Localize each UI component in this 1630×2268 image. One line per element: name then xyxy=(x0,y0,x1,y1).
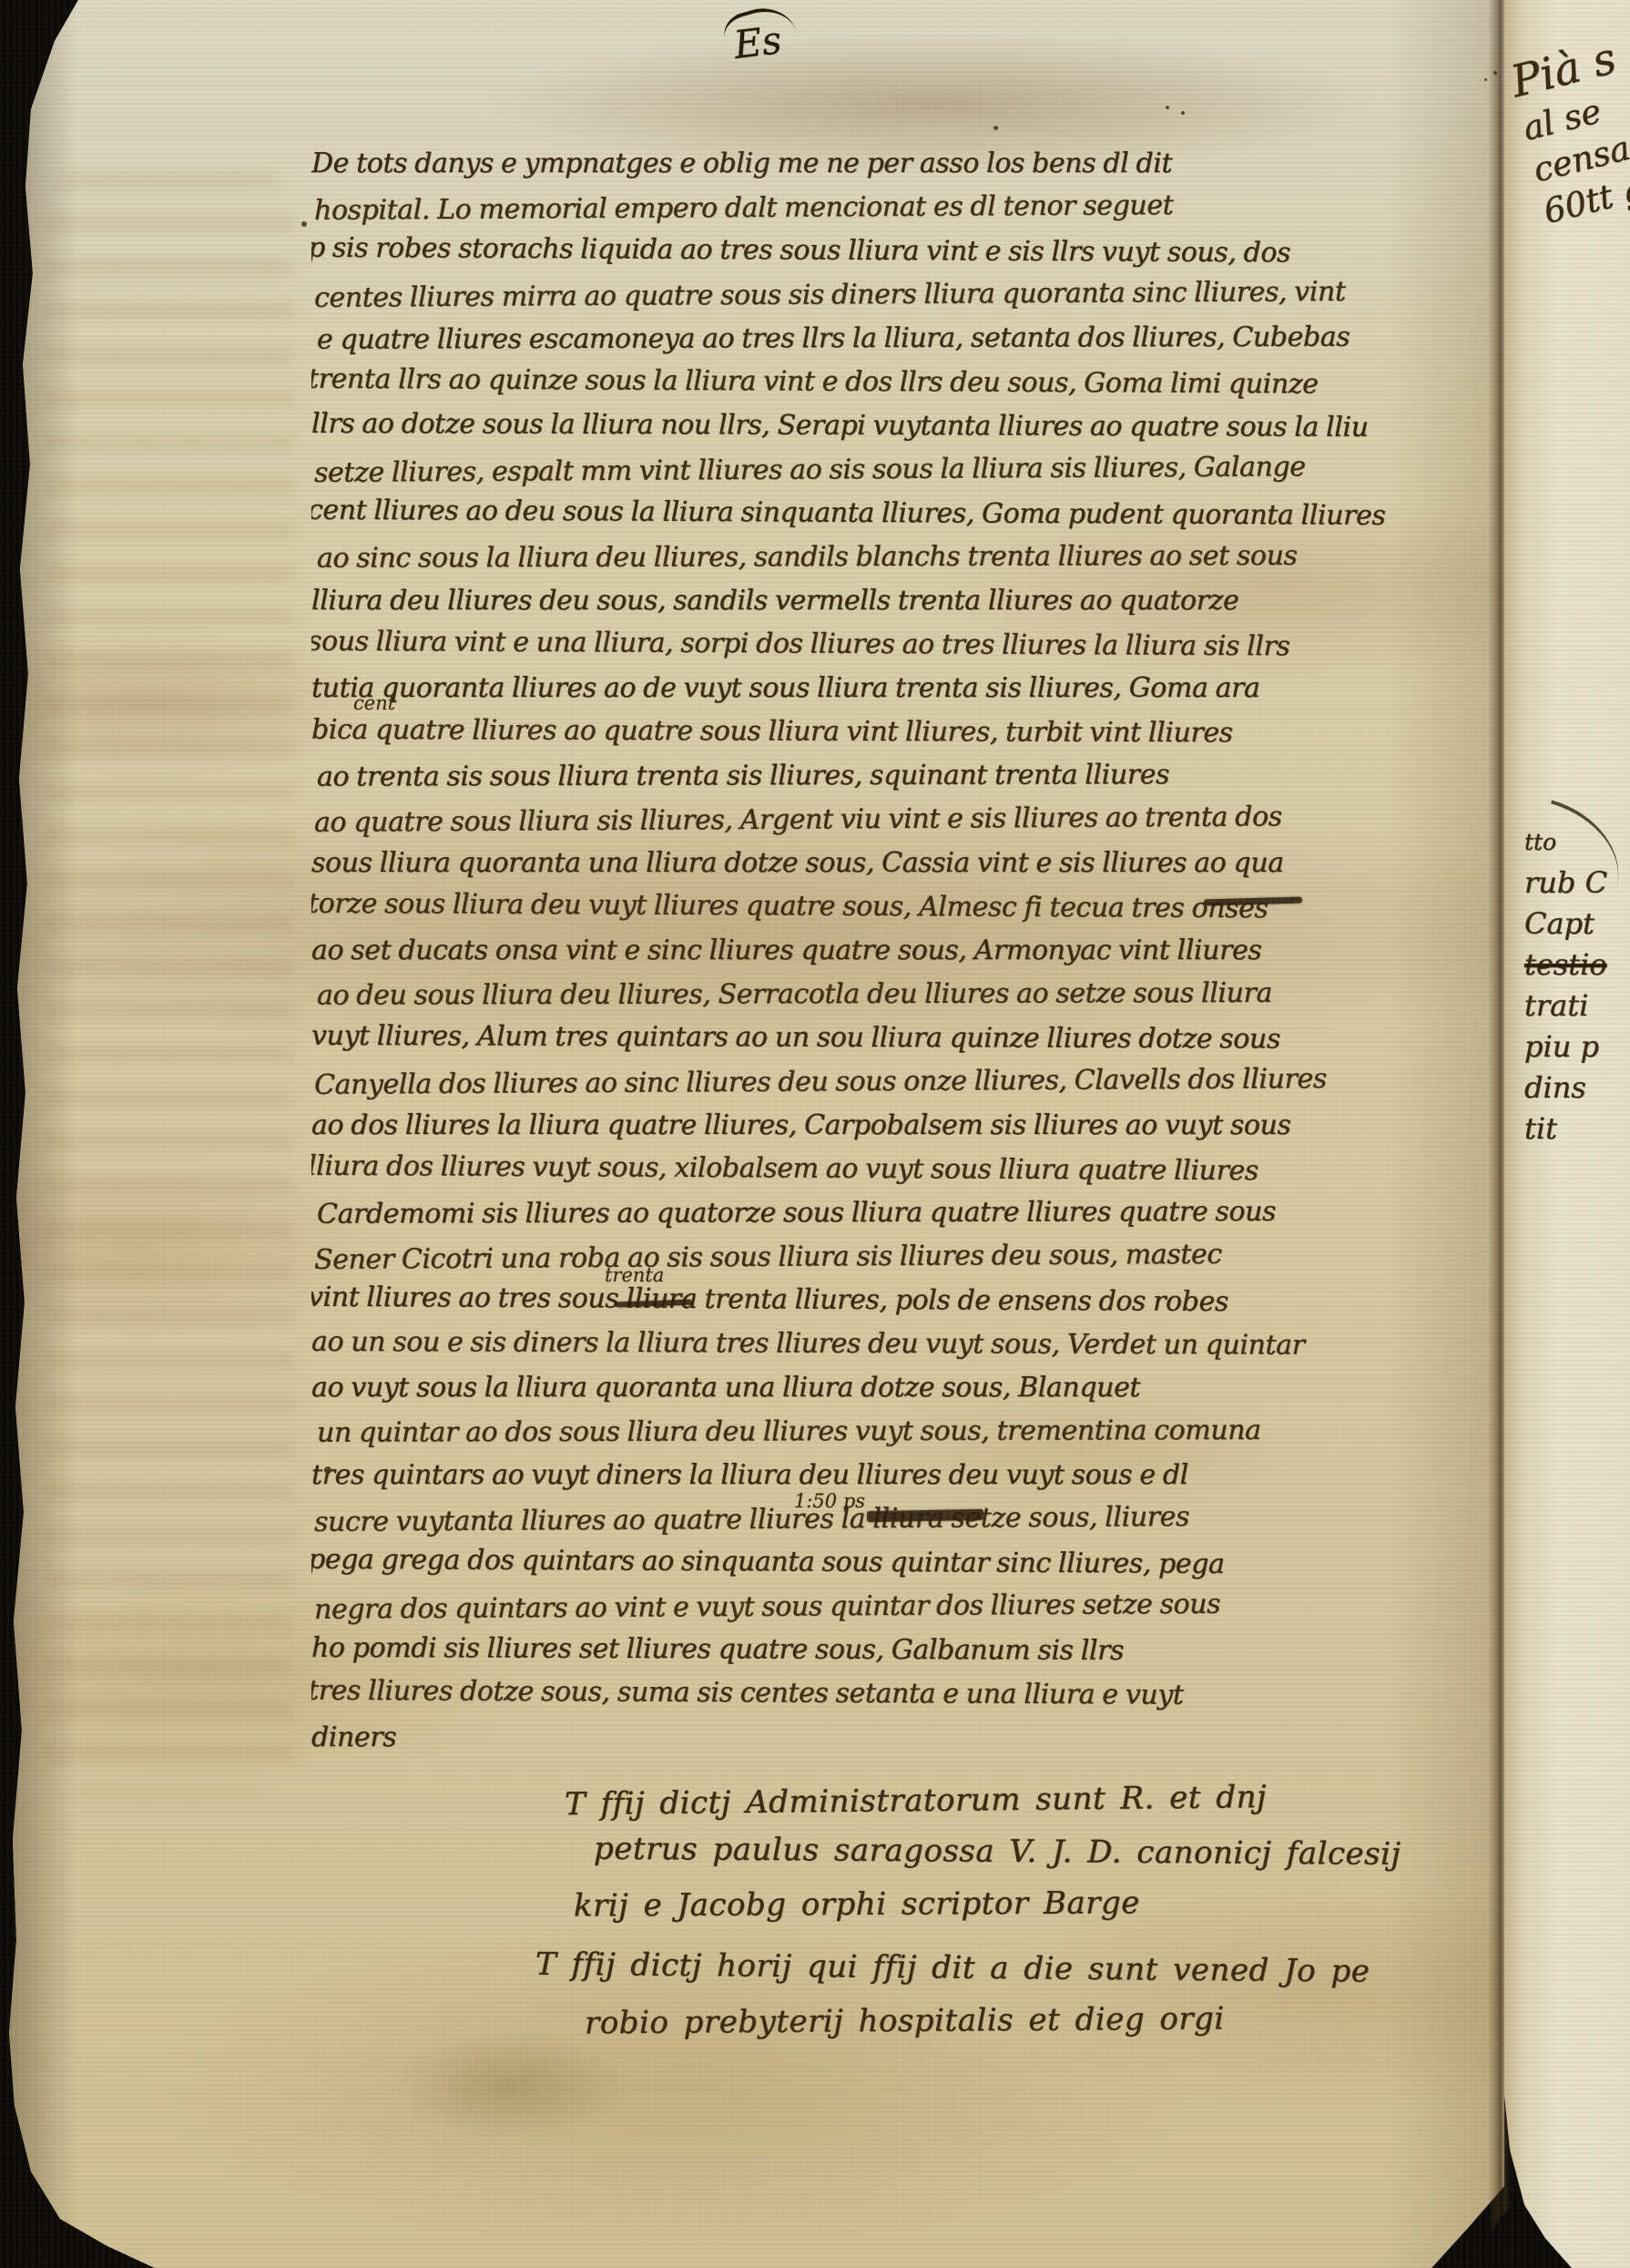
interlinear-note: trenta xyxy=(605,1264,664,1286)
marginal-note-line: tit xyxy=(1524,1108,1607,1149)
manuscript-line: Canyella dos lliures ao sinc lliures deu… xyxy=(314,1057,1461,1108)
facing-folio-top-notes: Pià s al se censa 60tt g xyxy=(1506,32,1630,233)
marginal-note-line: testio xyxy=(1524,945,1607,986)
latin-line: T ffij dictj horij qui ffij dit a die su… xyxy=(535,1939,1457,1999)
manuscript-line: diners xyxy=(311,1716,1461,1760)
ink-speck xyxy=(1181,111,1185,115)
interlinear-note: cent xyxy=(353,692,395,714)
manuscript-line: setze lliures, espalt mm vint lliures ao… xyxy=(314,444,1461,495)
manuscript-line: ao set ducats onsa vint e sinc lliures q… xyxy=(311,929,1461,973)
manuscript-line: Sener Cicotri una roba ao sis sous lliur… xyxy=(314,1231,1461,1282)
manuscript-line: hospital. Lo memorial empero dalt mencio… xyxy=(314,182,1461,233)
latin-line: petrus paulus saragossa V. J. D. canonic… xyxy=(594,1824,1457,1882)
manuscript-line: ao un sou e sis diners la lliura tres ll… xyxy=(311,1321,1461,1368)
marginal-note-line: dins xyxy=(1524,1068,1607,1108)
ink-showthrough-left-margin xyxy=(44,173,294,1794)
margin-dot xyxy=(324,1466,331,1474)
manuscript-line: pega grega dos quintars ao sinquanta sou… xyxy=(311,1538,1457,1589)
manuscript-line: llrs ao dotze sous la lliura nou llrs, S… xyxy=(311,403,1461,450)
manuscript-line: bica quatre lliures ao quatre sous lliur… xyxy=(311,709,1461,756)
manuscript-line: tres lliures dotze sous, suma sis centes… xyxy=(311,1670,1457,1720)
manuscript-line: lliura deu lliures deu sous, sandils ver… xyxy=(311,579,1461,623)
strikethrough-blot xyxy=(867,1509,983,1522)
interlinear-note: 1:50 ps xyxy=(794,1490,865,1512)
marginal-note-line: Capt xyxy=(1524,904,1607,945)
manuscript-line: ao vuyt sous la lliura quoranta una lliu… xyxy=(311,1366,1461,1410)
manuscript-line: Cardemomi sis lliures ao quatorze sous l… xyxy=(317,1190,1461,1236)
manuscript-line: ho pomdi sis lliures set lliures quatre … xyxy=(311,1627,1461,1674)
manuscript-line: tutia quoranta lliures ao de vuyt sous l… xyxy=(311,667,1461,710)
manuscript-line: e quatre lliures escamoneya ao tres llrs… xyxy=(317,315,1461,362)
manuscript-line: lliura dos lliures vuyt sous, xilobalsem… xyxy=(311,1145,1457,1195)
facing-folio-edge: Pià s al se censa 60tt g tto rub C Capt … xyxy=(1504,0,1630,2268)
manuscript-line: p sis robes storachs liquida ao tres sou… xyxy=(311,227,1457,277)
manuscript-line: tres quintars ao vuyt diners la lliura d… xyxy=(311,1454,1461,1497)
manuscript-page: Es De tots danys e ympnatges e oblig me … xyxy=(0,0,1504,2268)
manuscript-line: un quintar ao dos sous lliura deu lliure… xyxy=(317,1408,1461,1455)
facing-folio-side-notes: tto rub C Capt testio trati piu p dins t… xyxy=(1524,822,1607,1149)
manuscript-line: vint lliures ao tres sous lliura trenta … xyxy=(311,1276,1457,1326)
manuscript-line: negra dos quintars ao vint e vuyt sous q… xyxy=(314,1581,1461,1632)
manuscript-line: centes lliures mirra ao quatre sous sis … xyxy=(314,270,1461,321)
latin-line: krij e Jacobg orphi scriptor Barge xyxy=(574,1875,1457,1932)
margin-dot xyxy=(301,221,307,227)
marginal-note-line: tto xyxy=(1524,822,1607,863)
manuscript-line: ao dos lliures la lliura quatre lliures,… xyxy=(311,1104,1461,1148)
latin-attestation-block: T ffij dictj Administratorum sunt R. et … xyxy=(510,1774,1457,2047)
manuscript-line: ao trenta sis sous lliura trenta sis lli… xyxy=(317,752,1461,799)
ink-speck xyxy=(1484,78,1487,81)
latin-line: robio prebyterij hospitalis et dieg orgi xyxy=(585,1992,1457,2050)
quire-mark: Es xyxy=(731,17,784,67)
ink-speck xyxy=(1166,106,1169,109)
marginal-note-line: piu p xyxy=(1524,1027,1607,1068)
manuscript-line: ao deu sous lliura deu lliures, Serracot… xyxy=(317,971,1461,1017)
manuscript-photo: Es De tots danys e ympnatges e oblig me … xyxy=(0,0,1630,2268)
manuscript-line: De tots danys e ympnatges e oblig me ne … xyxy=(311,142,1461,186)
manuscript-line: ao quatre sous lliura sis lliures, Argen… xyxy=(314,794,1461,845)
manuscript-line: cent lliures ao deu sous la lliura sinqu… xyxy=(311,489,1457,539)
latin-line: T ffij dictj Administratorum sunt R. et … xyxy=(565,1770,1458,1831)
marginal-note-line: trati xyxy=(1524,986,1607,1027)
marginal-note-line: rub C xyxy=(1524,863,1607,904)
manuscript-line: vuyt lliures, Alum tres quintars ao un s… xyxy=(311,1015,1461,1062)
manuscript-line: sous lliura quoranta una lliura dotze so… xyxy=(311,842,1461,885)
manuscript-line: ao sinc sous la lliura deu lliures, sand… xyxy=(317,534,1461,580)
manuscript-line: trenta llrs ao quinze sous la lliura vin… xyxy=(311,358,1457,408)
manuscript-line: torze sous lliura deu vuyt lliures quatr… xyxy=(311,883,1457,933)
manuscript-line: sous lliura vint e una lliura, sorpi dos… xyxy=(311,620,1457,670)
ink-speck xyxy=(993,126,998,130)
